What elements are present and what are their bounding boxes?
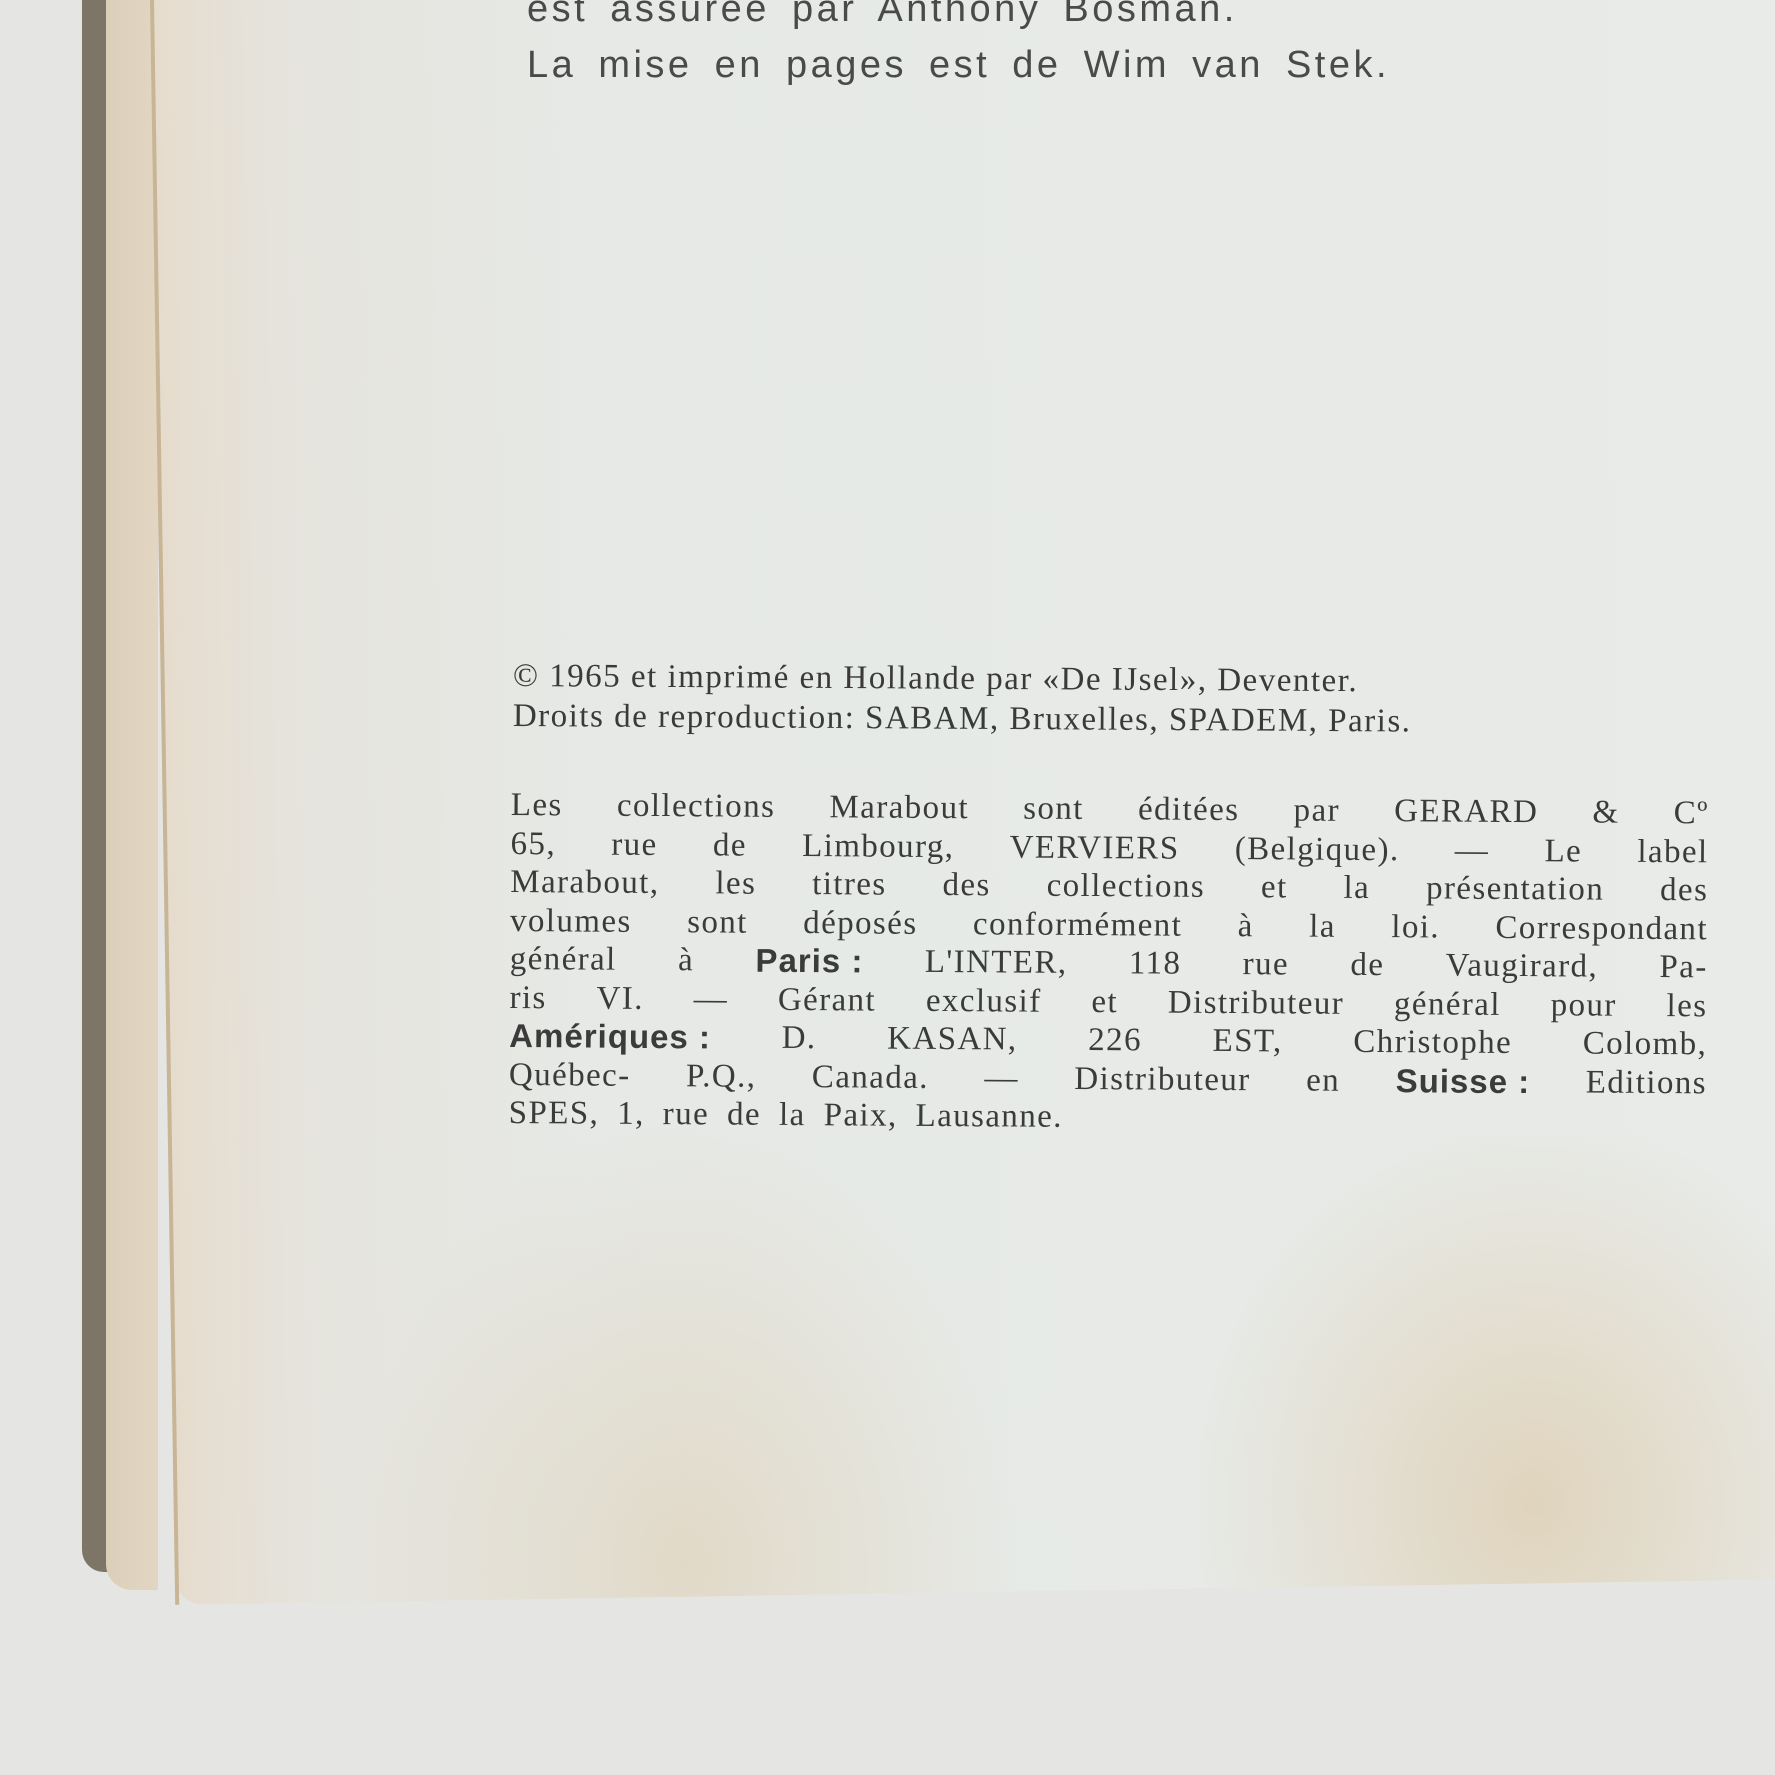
notice-word: loi. [1391, 908, 1440, 947]
notice-word: Correspondant [1495, 908, 1708, 948]
notice-word: KASAN, [887, 1020, 1018, 1059]
notice-word: Gérant [778, 980, 876, 1019]
notice-word: de [727, 1096, 761, 1135]
notice-word: à [678, 941, 694, 980]
notice-word: sont [1023, 790, 1084, 829]
notice-word: Suisse : [1396, 1062, 1531, 1101]
notice-word: collections [617, 787, 776, 827]
notice-word: Marabout [829, 788, 969, 827]
notice-word: 226 [1088, 1021, 1142, 1060]
notice-word: la [1343, 869, 1370, 908]
notice-word: général [1394, 985, 1501, 1024]
notice-word: titres [812, 865, 887, 904]
notice-word: les [715, 864, 756, 903]
notice-word: Amériques : [509, 1017, 711, 1057]
notice-word: rue [611, 825, 658, 864]
notice-word: VI. [596, 979, 644, 1018]
notice-word: pour [1551, 986, 1617, 1025]
notice-word: général [510, 940, 617, 979]
credits-line-1: est assurée par Anthony Bosman. [527, 0, 1238, 31]
notice-word: les [1666, 987, 1707, 1026]
notice-word: 65, [510, 824, 556, 863]
notice-word: Lausanne. [915, 1097, 1063, 1137]
notice-word: conformément [973, 905, 1182, 945]
credits-line-2: La mise en pages est de Wim van Stek. [527, 44, 1390, 87]
notice-word: Québec- [509, 1055, 631, 1094]
notice-word: Cº [1674, 794, 1709, 833]
notice-word: et [1261, 868, 1288, 907]
notice-word: Distributeur [1074, 1059, 1251, 1099]
notice-word: par [1293, 791, 1340, 830]
notice-word: Vaugirard, [1446, 947, 1599, 987]
notice-word: Le [1544, 832, 1582, 871]
copyright-line-2: Droits de reproduction: SABAM, Bruxelles… [513, 697, 1412, 740]
notice-word: Distributeur [1168, 983, 1345, 1023]
notice-word: GERARD [1394, 792, 1538, 832]
notice-word: des [1660, 871, 1708, 910]
notice-word: Marabout, [510, 863, 659, 903]
notice-word: en [1306, 1061, 1340, 1100]
notice-word: 1, [617, 1095, 645, 1134]
notice-word: collections [1047, 867, 1206, 907]
notice-word: la [779, 1096, 806, 1135]
notice-word: — [694, 980, 729, 1019]
notice-word: D. [782, 1019, 817, 1058]
notice-word: volumes [510, 901, 632, 940]
notice-word: Limbourg, [802, 827, 955, 867]
notice-word: Les [511, 786, 563, 825]
notice-word: & [1592, 794, 1619, 833]
publisher-notice: LescollectionsMaraboutsontéditéesparGERA… [509, 786, 1709, 1141]
notice-word: ris [509, 978, 546, 1017]
notice-word: Christophe [1353, 1023, 1512, 1063]
notice-word: la [1309, 907, 1336, 946]
notice-word: Paris : [755, 942, 863, 981]
back-leaf-edge [106, 0, 158, 1590]
notice-word: éditées [1138, 790, 1240, 829]
notice-word: Paix, [824, 1096, 898, 1135]
notice-word: rue [663, 1095, 710, 1134]
notice-word: SPES, [509, 1094, 600, 1133]
notice-word: Pa- [1659, 948, 1707, 987]
notice-word: rue [1243, 945, 1290, 984]
notice-word: des [942, 866, 990, 905]
notice-word: déposés [803, 904, 918, 943]
notice-word: Canada. [812, 1058, 929, 1097]
notice-word: présentation [1426, 869, 1604, 909]
notice-word: de [1350, 946, 1384, 985]
copyright-line-1: © 1965 et imprimé en Hollande par «De IJ… [513, 657, 1358, 700]
notice-word: et [1091, 983, 1118, 1022]
notice-word: label [1637, 832, 1708, 871]
book-cover-edge [82, 0, 108, 1572]
notice-word: exclusif [926, 981, 1042, 1020]
notice-word: Colomb, [1583, 1024, 1708, 1063]
notice-word: P.Q., [686, 1057, 757, 1096]
notice-word: Editions [1586, 1063, 1707, 1102]
notice-word: — [984, 1059, 1019, 1098]
notice-word: 118 [1129, 944, 1182, 983]
notice-word: L'INTER, [925, 943, 1068, 982]
notice-word: VERVIERS [1010, 828, 1180, 868]
notice-word: sont [687, 903, 748, 942]
notice-word: de [713, 826, 747, 865]
notice-word: — [1455, 831, 1490, 870]
notice-word: à [1238, 907, 1254, 946]
notice-word: (Belgique). [1235, 830, 1400, 870]
notice-word: EST, [1212, 1022, 1282, 1061]
